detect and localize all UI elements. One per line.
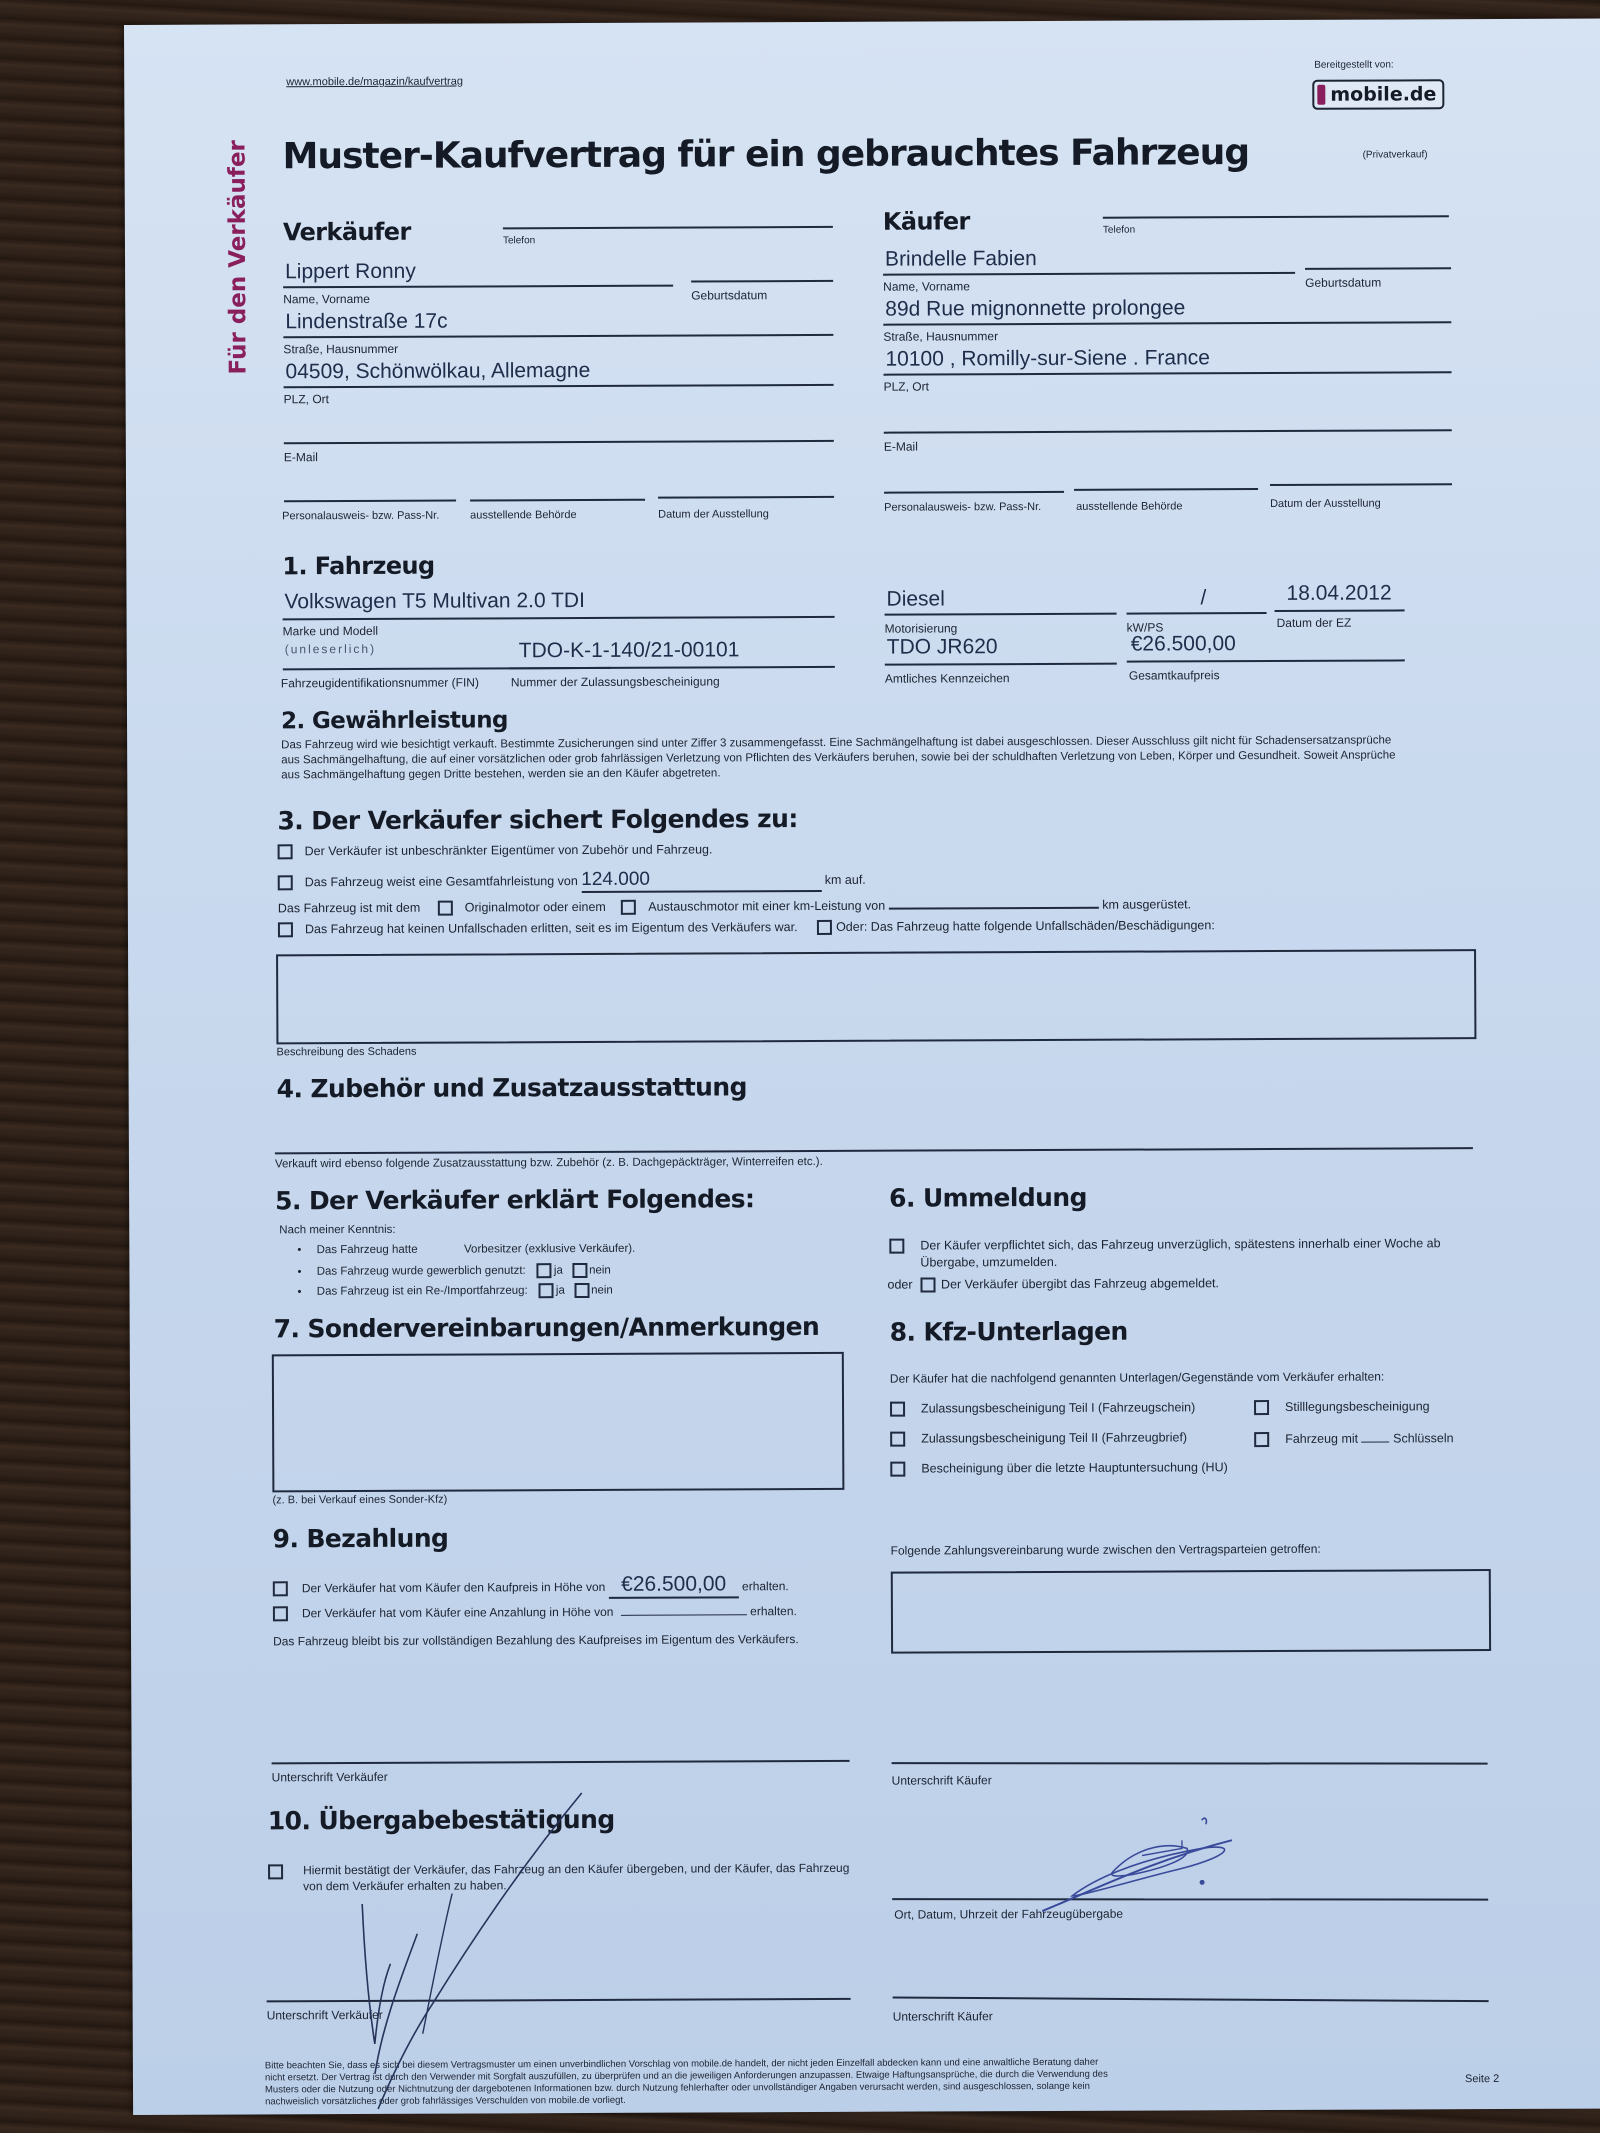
vehicle-heading: 1. Fahrzeug	[282, 552, 434, 581]
keys-count-field[interactable]	[1362, 1429, 1390, 1442]
original-engine-checkbox[interactable]	[438, 901, 453, 916]
buyer-street-field[interactable]	[883, 321, 1451, 325]
commercial-use-label: Das Fahrzeug wurde gewerblich genutzt:	[317, 1265, 526, 1278]
provided-by-label: Bereitgestellt von:	[1314, 59, 1394, 70]
doc-keys-checkbox[interactable]	[1254, 1432, 1269, 1447]
buyer-street-label: Straße, Hausnummer	[883, 329, 998, 344]
seller-heading: Verkäufer	[283, 218, 411, 247]
buyer-city-value: 10100 , Romilly-sur-Siene . France	[885, 346, 1210, 371]
seller-signature-field[interactable]	[272, 1760, 850, 1765]
vehicle-first-reg-field[interactable]	[1275, 609, 1405, 612]
damage-description-label: Beschreibung des Schadens	[276, 1046, 416, 1059]
buyer-city-label: PLZ, Ort	[884, 379, 929, 393]
assurance-owner-item: Der Verkäufer ist unbeschränkter Eigentü…	[278, 842, 713, 859]
registration-heading: 6. Ummeldung	[889, 1183, 1087, 1213]
doc-part2-label: Zulassungsbescheinigung Teil II (Fahrzeu…	[921, 1430, 1187, 1445]
handover-heading: 10. Übergabebestätigung	[268, 1805, 615, 1836]
payment-deposit-item: Der Verkäufer hat vom Käufer eine Anzahl…	[273, 1602, 797, 1622]
handover-confirm-label: Hiermit bestätigt der Verkäufer, das Fah…	[303, 1860, 868, 1894]
engine-pre-label: Das Fahrzeug ist mit dem	[278, 901, 420, 916]
assurance-mileage-pre: Das Fahrzeug weist eine Gesamtfahrleistu…	[305, 874, 578, 889]
payment-full-amount: €26.500,00	[621, 1572, 726, 1595]
assurance-mileage-checkbox[interactable]	[278, 875, 293, 890]
buyer-authority-label: ausstellende Behörde	[1076, 500, 1182, 512]
vehicle-power-field[interactable]	[1127, 612, 1267, 615]
payment-agreement-box[interactable]	[891, 1569, 1491, 1654]
assurance-owner-label: Der Verkäufer ist unbeschränkter Eigentü…	[305, 842, 713, 858]
prev-owners-item: Das Fahrzeug hatte Vorbesitzer (exklusiv…	[297, 1243, 635, 1256]
documents-heading: 8. Kfz-Unterlagen	[890, 1317, 1128, 1347]
seller-issue-date-field[interactable]	[658, 496, 834, 499]
buyer-birthdate-label: Geburtsdatum	[1305, 276, 1381, 290]
declaration-intro: Nach meiner Kenntnis:	[279, 1224, 395, 1237]
buyer-name-field[interactable]	[883, 272, 1295, 276]
payment-full-post: erhalten.	[742, 1579, 789, 1593]
payment-full-amount-field[interactable]: €26.500,00	[609, 1572, 739, 1599]
vehicle-reg-cert-value: TDO-K-1-140/21-00101	[519, 638, 740, 663]
seller-birthdate-field[interactable]	[691, 280, 833, 283]
buyer-id-field[interactable]	[884, 491, 1064, 494]
accessories-label: Verkauft wird ebenso folgende Zusatzauss…	[275, 1156, 823, 1170]
buyer-name-value: Brindelle Fabien	[885, 247, 1037, 272]
vehicle-fuel-value: Diesel	[886, 587, 944, 611]
exchange-engine-checkbox[interactable]	[621, 900, 636, 915]
seller-signature-label: Unterschrift Verkäufer	[272, 1770, 388, 1785]
import-no-checkbox[interactable]	[574, 1283, 589, 1298]
payment-agreement-label: Folgende Zahlungsvereinbarung wurde zwis…	[891, 1542, 1321, 1558]
seller-street-field[interactable]	[283, 334, 833, 338]
handover-buyer-signature-label: Unterschrift Käufer	[893, 2009, 993, 2023]
doc-decommission-item: Stilllegungsbescheinigung	[1254, 1399, 1430, 1415]
special-agreements-box[interactable]	[272, 1352, 845, 1492]
doc-keys-item: Fahrzeug mit Schlüsseln	[1254, 1429, 1453, 1447]
seller-birthdate-label: Geburtsdatum	[691, 288, 767, 302]
page-number: Seite 2	[1465, 2073, 1499, 2085]
buyer-authority-field[interactable]	[1074, 488, 1258, 491]
handover-seller-signature-label: Unterschrift Verkäufer	[267, 2008, 383, 2023]
special-heading: 7. Sondervereinbarungen/Anmerkungen	[274, 1312, 820, 1343]
accessories-heading: 4. Zubehör und Zusatzausstattung	[277, 1072, 747, 1103]
seller-name-value: Lippert Ronny	[285, 260, 416, 285]
payment-full-item: Der Verkäufer hat vom Käufer den Kaufpre…	[273, 1572, 789, 1600]
footer-disclaimer: Bitte beachten Sie, dass es sich bei die…	[265, 2057, 1115, 2109]
commercial-no-label: nein	[589, 1264, 611, 1276]
seller-street-value: Lindenstraße 17c	[285, 310, 447, 335]
payment-deposit-amount-field[interactable]	[621, 1602, 747, 1616]
payment-heading: 9. Bezahlung	[273, 1524, 449, 1554]
vehicle-model-field[interactable]	[283, 616, 835, 620]
doc-keys-pre: Fahrzeug mit	[1285, 1432, 1358, 1446]
seller-name-field[interactable]	[283, 285, 673, 289]
vehicle-vin-value: (unleserlich)	[285, 642, 376, 656]
accident-checkbox[interactable]	[817, 920, 832, 935]
contract-page: www.mobile.de/magazin/kaufvertrag Bereit…	[124, 19, 1600, 2115]
buyer-city-field[interactable]	[884, 371, 1452, 375]
handover-seller-signature-field[interactable]	[267, 1998, 851, 2003]
mileage-field[interactable]: 124.000	[581, 868, 821, 893]
engine-post-label: km ausgerüstet.	[1102, 897, 1191, 911]
buyer-signature-label: Unterschrift Käufer	[892, 1773, 992, 1787]
assurance-mileage-item: Das Fahrzeug weist eine Gesamtfahrleistu…	[278, 868, 866, 895]
assurance-owner-checkbox[interactable]	[278, 844, 293, 859]
doc-part2-item: Zulassungsbescheinigung Teil II (Fahrzeu…	[890, 1430, 1187, 1446]
buyer-reregister-label: Der Käufer verpflichtet sich, das Fahrze…	[920, 1235, 1489, 1271]
vehicle-fuel-label: Motorisierung	[885, 621, 958, 635]
warranty-text: Das Fahrzeug wird wie besichtigt verkauf…	[281, 733, 1411, 783]
handover-place-date-label: Ort, Datum, Uhrzeit der Fahrzeugübergabe	[894, 1907, 1123, 1922]
no-accident-checkbox[interactable]	[278, 922, 293, 937]
commercial-yes-checkbox[interactable]	[537, 1263, 552, 1278]
damage-description-box[interactable]	[276, 949, 1476, 1044]
seller-authority-label: ausstellende Behörde	[470, 509, 576, 521]
magazine-url-link[interactable]: www.mobile.de/magazin/kaufvertrag	[286, 76, 463, 89]
payment-retention-text: Das Fahrzeug bleibt bis zur vollständige…	[273, 1632, 799, 1648]
commercial-no-checkbox[interactable]	[572, 1263, 587, 1278]
buyer-email-field[interactable]	[884, 429, 1452, 433]
vehicle-price-field[interactable]	[1127, 659, 1405, 662]
doc-hu-checkbox[interactable]	[890, 1462, 905, 1477]
buyer-signature-field[interactable]	[892, 1762, 1488, 1765]
seller-phone-field[interactable]	[503, 226, 833, 229]
title-suffix: (Privatverkauf)	[1363, 149, 1428, 160]
declaration-heading: 5. Der Verkäufer erklärt Folgendes:	[275, 1184, 754, 1215]
doc-hu-label: Bescheinigung über die letzte Hauptunter…	[921, 1460, 1227, 1475]
mileage-value: 124.000	[581, 869, 650, 890]
handover-buyer-signature-field[interactable]	[893, 1997, 1489, 2003]
seller-city-label: PLZ, Ort	[284, 392, 329, 406]
buyer-issue-date-label: Datum der Ausstellung	[1270, 498, 1381, 510]
prev-owners-pre: Das Fahrzeug hatte	[317, 1244, 418, 1256]
commercial-yes-label: ja	[554, 1265, 563, 1277]
vehicle-plate-field[interactable]	[885, 663, 1117, 666]
handover-confirm-item: Hiermit bestätigt der Verkäufer, das Fah…	[268, 1860, 868, 1895]
import-item: Das Fahrzeug ist ein Re-/Importfahrzeug:…	[297, 1283, 612, 1299]
seller-id-label: Personalausweis- bzw. Pass-Nr.	[282, 510, 439, 523]
vehicle-model-label: Marke und Modell	[283, 624, 378, 638]
import-yes-label: ja	[556, 1285, 565, 1297]
buyer-issue-date-field[interactable]	[1270, 483, 1452, 486]
payment-full-checkbox[interactable]	[273, 1582, 288, 1597]
doc-keys-post: Schlüsseln	[1393, 1431, 1454, 1445]
handover-place-date-field[interactable]	[892, 1898, 1488, 1901]
buyer-street-value: 89d Rue mignonnette prolongee	[885, 296, 1185, 321]
buyer-birthdate-field[interactable]	[1305, 267, 1451, 270]
seller-email-field[interactable]	[284, 440, 834, 444]
page-title: Muster-Kaufvertrag für ein gebrauchtes F…	[282, 132, 1249, 177]
exchange-engine-km-field[interactable]	[889, 895, 1099, 910]
exchange-engine-label: Austauschmotor mit einer km-Leistung von	[648, 899, 885, 914]
handover-confirm-checkbox[interactable]	[268, 1864, 283, 1879]
doc-part1-item: Zulassungsbescheinigung Teil I (Fahrzeug…	[890, 1400, 1195, 1417]
buyer-handwritten-signature-icon	[1032, 1810, 1292, 1921]
vehicle-plate-label: Amtliches Kennzeichen	[885, 671, 1010, 686]
mobile-de-logo: mobile.de	[1312, 79, 1444, 110]
vehicle-price-value: €26.500,00	[1131, 632, 1236, 656]
special-hint: (z. B. bei Verkauf eines Sonder-Kfz)	[272, 1494, 447, 1507]
commercial-use-item: Das Fahrzeug wurde gewerblich genutzt: j…	[297, 1263, 610, 1279]
seller-authority-field[interactable]	[470, 499, 645, 502]
import-label: Das Fahrzeug ist ein Re-/Importfahrzeug:	[317, 1285, 528, 1298]
no-accident-label: Das Fahrzeug hat keinen Unfallschaden er…	[305, 920, 798, 936]
vehicle-first-reg-value: 18.04.2012	[1286, 581, 1391, 605]
vehicle-model-value: Volkswagen T5 Multivan 2.0 TDI	[284, 589, 584, 614]
seller-name-label: Name, Vorname	[283, 292, 370, 306]
vehicle-reg-cert-field[interactable]	[509, 666, 835, 669]
seller-city-field[interactable]	[284, 384, 834, 388]
seller-deregistered-item: oder Der Verkäufer übergibt das Fahrzeug…	[887, 1276, 1219, 1293]
vehicle-reg-cert-label: Nummer der Zulassungsbescheinigung	[511, 674, 720, 689]
seller-phone-label: Telefon	[503, 235, 535, 246]
buyer-phone-label: Telefon	[1103, 225, 1135, 236]
prev-owners-post: Vorbesitzer (exklusive Verkäufer).	[464, 1243, 635, 1256]
buyer-phone-field[interactable]	[1103, 215, 1449, 219]
import-no-label: nein	[591, 1284, 613, 1296]
buyer-email-label: E-Mail	[884, 440, 918, 454]
documents-intro: Der Käufer hat die nachfolgend genannten…	[890, 1370, 1384, 1386]
seller-deregistered-label: Der Verkäufer übergibt das Fahrzeug abge…	[941, 1276, 1219, 1291]
seller-id-field[interactable]	[284, 500, 456, 503]
accessories-field[interactable]	[275, 1147, 1473, 1154]
vehicle-vin-label: Fahrzeugidentifikationsnummer (FIN)	[281, 675, 479, 690]
doc-hu-item: Bescheinigung über die letzte Hauptunter…	[890, 1460, 1228, 1477]
doc-part1-checkbox[interactable]	[890, 1402, 905, 1417]
payment-full-pre: Der Verkäufer hat vom Käufer den Kaufpre…	[302, 1580, 606, 1595]
accident-label: Oder: Das Fahrzeug hatte folgende Unfall…	[836, 918, 1215, 934]
vehicle-power-value: /	[1200, 586, 1206, 610]
payment-deposit-pre: Der Verkäufer hat vom Käufer eine Anzahl…	[302, 1605, 614, 1620]
payment-deposit-checkbox[interactable]	[273, 1607, 288, 1622]
buyer-id-label: Personalausweis- bzw. Pass-Nr.	[884, 501, 1041, 514]
assurance-mileage-post: km auf.	[825, 873, 866, 887]
side-label-for-seller: Für den Verkäufer	[225, 140, 252, 374]
buyer-reregister-item: Der Käufer verpflichtet sich, das Fahrze…	[889, 1235, 1489, 1272]
payment-deposit-post: erhalten.	[750, 1604, 797, 1618]
assurance-accident-item: Das Fahrzeug hat keinen Unfallschaden er…	[278, 918, 1215, 937]
doc-part2-checkbox[interactable]	[890, 1432, 905, 1447]
import-yes-checkbox[interactable]	[539, 1283, 554, 1298]
original-engine-label: Originalmotor oder einem	[465, 900, 606, 915]
vehicle-price-label: Gesamtkaufpreis	[1129, 668, 1220, 682]
seller-issue-date-label: Datum der Ausstellung	[658, 508, 769, 520]
buyer-heading: Käufer	[883, 207, 970, 235]
vehicle-first-reg-label: Datum der EZ	[1277, 616, 1352, 630]
warranty-heading: 2. Gewährleistung	[281, 707, 508, 734]
seller-city-value: 04509, Schönwölkau, Allemagne	[285, 359, 590, 384]
or-label: oder	[887, 1278, 912, 1292]
assurances-heading: 3. Der Verkäufer sichert Folgendes zu:	[277, 804, 797, 835]
buyer-reregister-checkbox[interactable]	[889, 1239, 904, 1254]
buyer-name-label: Name, Vorname	[883, 279, 970, 293]
doc-decommission-checkbox[interactable]	[1254, 1400, 1269, 1415]
vehicle-fuel-field[interactable]	[885, 613, 1117, 616]
doc-part1-label: Zulassungsbescheinigung Teil I (Fahrzeug…	[921, 1400, 1195, 1415]
assurance-engine-item: Das Fahrzeug ist mit dem Originalmotor o…	[278, 894, 1191, 916]
doc-decommission-label: Stilllegungsbescheinigung	[1285, 1399, 1430, 1414]
seller-street-label: Straße, Hausnummer	[283, 342, 398, 357]
seller-deregistered-checkbox[interactable]	[920, 1278, 935, 1293]
seller-email-label: E-Mail	[284, 450, 318, 464]
vehicle-plate-value: TDO JR620	[887, 635, 998, 659]
